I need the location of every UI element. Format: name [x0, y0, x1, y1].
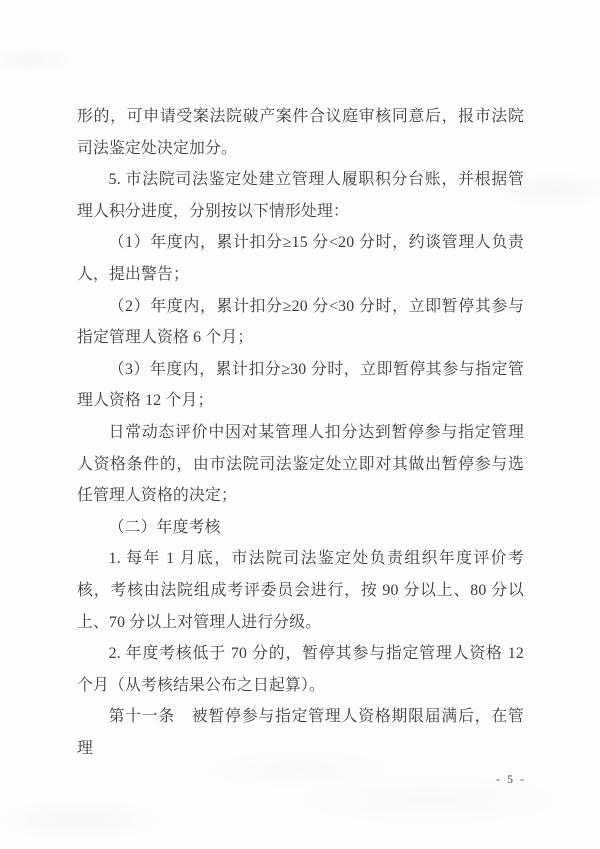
document-body: 形的，可申请受案法院破产案件合议庭审核同意后，报市法院司法鉴定处决定加分。 5.…	[77, 101, 524, 764]
paragraph: 形的，可申请受案法院破产案件合议庭审核同意后，报市法院司法鉴定处决定加分。	[77, 101, 524, 164]
paragraph: （二）年度考核	[77, 512, 524, 544]
paragraph: 日常动态评价中因对某管理人扣分达到暂停参与指定管理人资格条件的，由市法院司法鉴定…	[77, 417, 524, 512]
paragraph: （1）年度内，累计扣分≥15 分<20 分时，约谈管理人负责人，提出警告；	[77, 227, 524, 290]
page-number: - 5 -	[496, 771, 526, 787]
paragraph: （3）年度内，累计扣分≥30 分时，立即暂停其参与指定管理人资格 12 个月；	[77, 354, 524, 417]
paragraph: 2. 年度考核低于 70 分的，暂停其参与指定管理人资格 12 个月（从考核结果…	[77, 638, 524, 701]
paragraph: 5. 市法院司法鉴定处建立管理人履职积分台账，并根据管理人积分进度，分别按以下情…	[77, 164, 524, 227]
paragraph: 1. 每年 1 月底，市法院司法鉴定处负责组织年度评价考核，考核由法院组成考评委…	[77, 543, 524, 638]
paragraph: 第十一条 被暂停参与指定管理人资格期限届满后，在管理	[77, 701, 524, 764]
document-page: 形的，可申请受案法院破产案件合议庭审核同意后，报市法院司法鉴定处决定加分。 5.…	[0, 0, 600, 849]
paragraph: （2）年度内，累计扣分≥20 分<30 分时，立即暂停其参与指定管理人资格 6 …	[77, 291, 524, 354]
